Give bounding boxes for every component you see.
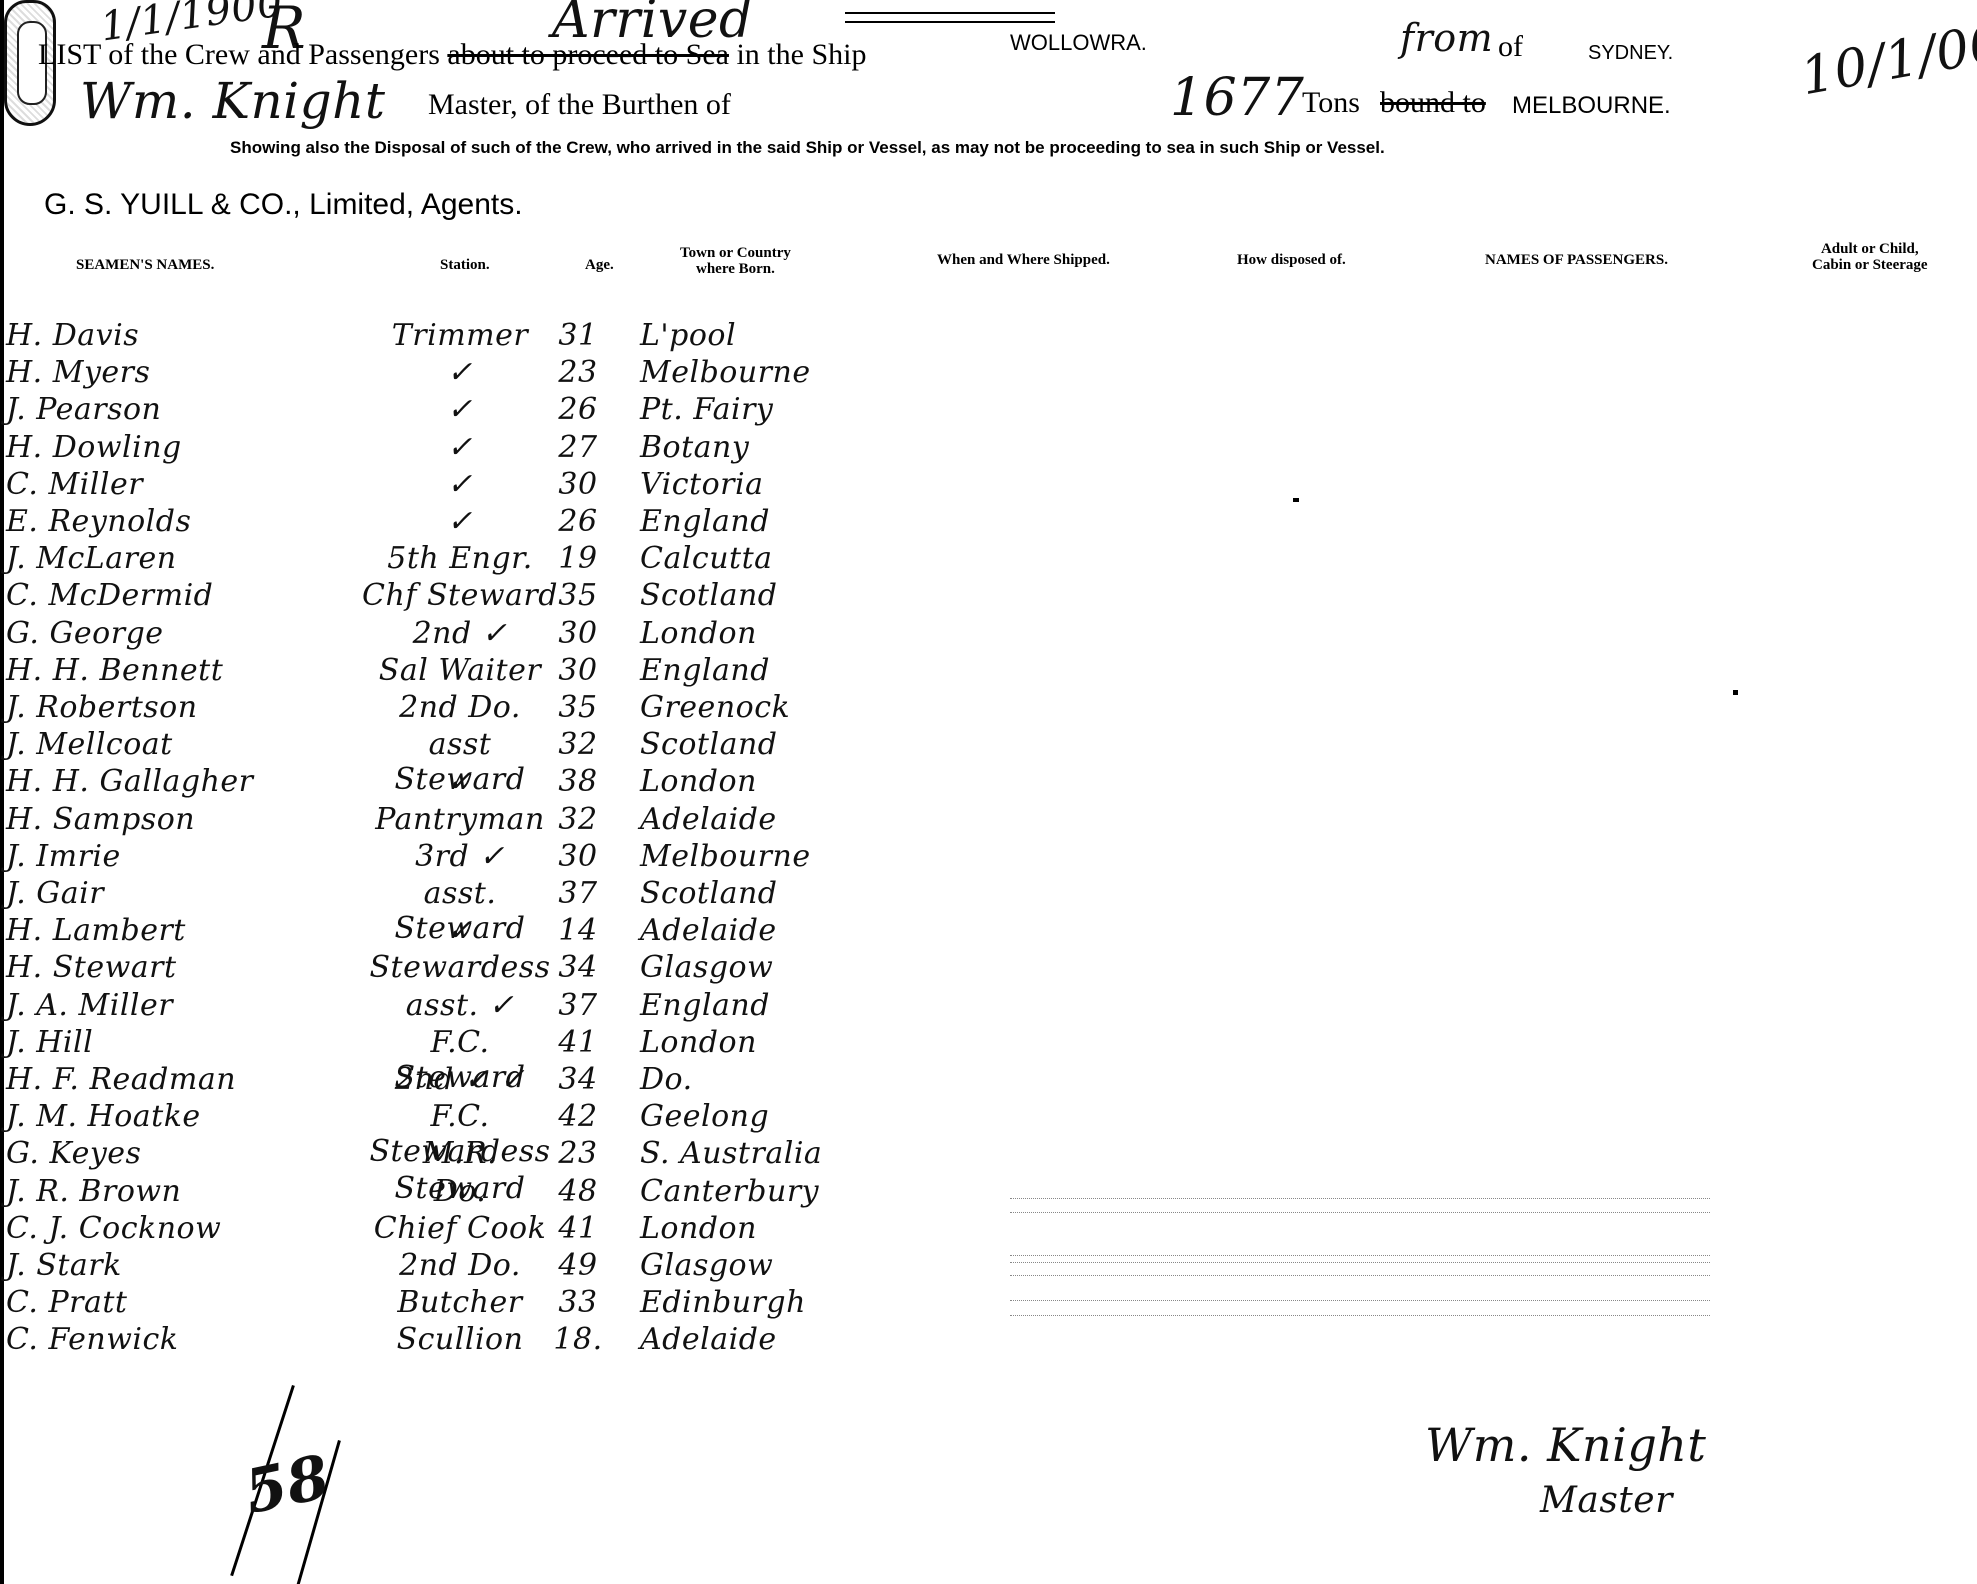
master-signature-title: Master — [1540, 1480, 1673, 1521]
column-age: Age. — [585, 257, 614, 273]
crew-station: Butcher — [360, 1285, 560, 1320]
crew-age: 30 — [548, 839, 608, 874]
crew-name: H. H. Gallagher — [6, 764, 254, 799]
crew-age: 38 — [548, 764, 608, 799]
crew-age: 23 — [548, 355, 608, 390]
master-burthen-label: Master, of the Burthen of — [428, 88, 731, 122]
bleed-through-marks — [1010, 1255, 1710, 1257]
bleed-through-marks — [1010, 1198, 1710, 1200]
crew-birthplace: Glasgow — [640, 1248, 773, 1283]
crew-station: Chf Steward — [360, 578, 560, 613]
crew-age: 35 — [548, 578, 608, 613]
crew-birthplace: Calcutta — [640, 541, 773, 576]
crew-name: J. R. Brown — [6, 1174, 181, 1209]
crew-age: 26 — [548, 392, 608, 427]
crew-name: J. Pearson — [6, 392, 161, 427]
crew-age: 30 — [548, 653, 608, 688]
crew-name: H. Dowling — [6, 430, 182, 465]
crew-age: 26 — [548, 504, 608, 539]
struck-text-about-to-proceed: about to proceed to Sea — [447, 38, 729, 71]
crew-station: ✓ — [360, 913, 560, 948]
crew-age: 27 — [548, 430, 608, 465]
crew-birthplace: England — [640, 653, 770, 688]
crew-birthplace: Scotland — [640, 876, 777, 911]
crew-age: 18. — [548, 1322, 608, 1357]
master-name-handwritten: Wm. Knight — [80, 72, 385, 130]
inserted-from: from — [1400, 16, 1493, 60]
crew-station: ✓ — [360, 392, 560, 427]
header-prefix: LIST of the Crew and Passengers — [38, 38, 440, 71]
crew-birthplace: London — [640, 1025, 757, 1060]
crew-station: ✓ — [360, 467, 560, 502]
crew-birthplace: Scotland — [640, 578, 777, 613]
tally-total: 58 — [239, 1442, 336, 1528]
crew-name: H. Myers — [6, 355, 150, 390]
column-station: Station. — [440, 257, 490, 273]
crew-age: 42 — [548, 1099, 608, 1134]
crew-birthplace: London — [640, 616, 757, 651]
crew-name: J. Gair — [6, 876, 104, 911]
crew-name: H. Sampson — [6, 802, 195, 837]
crew-station: 3rd ✓ — [360, 839, 560, 874]
crew-birthplace: Geelong — [640, 1099, 769, 1134]
of-label: of — [1498, 30, 1523, 64]
tonnage: 1677 — [1170, 68, 1304, 128]
crew-age: 30 — [548, 616, 608, 651]
crew-birthplace: Edinburgh — [640, 1285, 806, 1320]
struck-text-bound-to: bound to — [1380, 86, 1486, 120]
crew-birthplace: Glasgow — [640, 950, 773, 985]
crew-station: ✓ — [360, 764, 560, 799]
crew-station: 2nd ✓ — [360, 616, 560, 651]
column-passenger-names: NAMES OF PASSENGERS. — [1485, 252, 1668, 268]
crew-station: 2nd Do. — [360, 690, 560, 725]
crew-name: H. Davis — [6, 318, 139, 353]
crew-birthplace: Do. — [640, 1062, 693, 1097]
ink-speck — [1293, 498, 1299, 502]
crew-age: 49 — [548, 1248, 608, 1283]
crew-age: 33 — [548, 1285, 608, 1320]
crew-birthplace: Pt. Fairy — [640, 392, 773, 427]
column-adult-line2: Cabin or Steerage — [1812, 257, 1928, 273]
master-signature: Wm. Knight — [1425, 1418, 1706, 1472]
crew-age: 32 — [548, 727, 608, 762]
home-port: SYDNEY. — [1588, 42, 1673, 65]
crew-station: Stewardess — [360, 950, 560, 985]
crew-name: C. Pratt — [6, 1285, 127, 1320]
crew-name: H. H. Bennett — [6, 653, 223, 688]
crew-name: H. F. Readman — [6, 1062, 236, 1097]
bleed-through-marks — [1010, 1300, 1710, 1302]
crew-station: ✓ — [360, 430, 560, 465]
crew-birthplace: England — [640, 504, 770, 539]
crew-name: J. Stark — [6, 1248, 122, 1283]
crew-name: C. Miller — [6, 467, 143, 502]
agents-line: G. S. YUILL & CO., Limited, Agents. — [44, 188, 523, 222]
ink-speck — [1733, 690, 1738, 695]
crew-station: Chief Cook — [360, 1211, 560, 1246]
crew-age: 41 — [548, 1025, 608, 1060]
crew-station: 2nd ✓ ✓ — [360, 1062, 560, 1097]
crew-name: C. Fenwick — [6, 1322, 178, 1357]
crew-station: Pantryman — [360, 802, 560, 837]
crew-age: 32 — [548, 802, 608, 837]
column-when-where-shipped: When and Where Shipped. — [937, 252, 1110, 268]
crew-station: ✓ — [360, 504, 560, 539]
crew-name: G. George — [6, 616, 164, 651]
crew-age: 37 — [548, 988, 608, 1023]
crew-age: 34 — [548, 1062, 608, 1097]
bleed-through-marks — [1010, 1212, 1710, 1214]
crew-name: E. Reynolds — [6, 504, 191, 539]
column-town-line1: Town or Country — [680, 245, 791, 261]
crew-birthplace: Scotland — [640, 727, 777, 762]
crew-station: Trimmer — [360, 318, 560, 353]
crew-birthplace: Canterbury — [640, 1174, 819, 1209]
ship-name: WOLLOWRA. — [1010, 30, 1147, 56]
crew-birthplace: Victoria — [640, 467, 763, 502]
crew-name: J. McLaren — [6, 541, 177, 576]
crew-name: J. Mellcoat — [6, 727, 173, 762]
tons-label: Tons — [1302, 86, 1360, 120]
crew-age: 34 — [548, 950, 608, 985]
header-suffix: in the Ship — [736, 38, 866, 71]
column-seamens-names: SEAMEN'S NAMES. — [76, 257, 214, 273]
header-double-rule — [845, 12, 1055, 23]
crew-station: ✓ — [360, 355, 560, 390]
crew-birthplace: Melbourne — [640, 839, 811, 874]
crew-name: C. J. Cocknow — [6, 1211, 221, 1246]
crew-station: asst. ✓ — [360, 988, 560, 1023]
crew-birthplace: Adelaide — [640, 802, 777, 837]
origin-port: MELBOURNE. — [1512, 92, 1671, 120]
crew-name: J. A. Miller — [6, 988, 173, 1023]
crew-name: J. Imrie — [6, 839, 121, 874]
crew-row: C. FenwickScullion18.Adelaide — [0, 1322, 900, 1366]
bleed-through-marks — [1010, 1315, 1710, 1317]
crew-birthplace: Adelaide — [640, 1322, 777, 1357]
crew-name: G. Keyes — [6, 1136, 141, 1171]
right-margin-date: 10/1/00 — [1796, 13, 1977, 108]
crew-birthplace: Botany — [640, 430, 749, 465]
crew-birthplace: Adelaide — [640, 913, 777, 948]
crew-age: 48 — [548, 1174, 608, 1209]
crew-age: 37 — [548, 876, 608, 911]
crew-birthplace: England — [640, 988, 770, 1023]
crew-age: 14 — [548, 913, 608, 948]
crew-name: J. Hill — [6, 1025, 93, 1060]
crew-age: 23 — [548, 1136, 608, 1171]
bleed-through-marks — [1010, 1262, 1710, 1264]
column-adult-line1: Adult or Child, — [1812, 241, 1928, 257]
crew-age: 31 — [548, 318, 608, 353]
crew-station: Do. — [360, 1174, 560, 1209]
crew-station: 2nd Do. — [360, 1248, 560, 1283]
crew-birthplace: London — [640, 764, 757, 799]
column-town-born: Town or Country where Born. — [680, 245, 791, 277]
crew-birthplace: Greenock — [640, 690, 790, 725]
crew-birthplace: L'pool — [640, 318, 736, 353]
column-how-disposed: How disposed of. — [1237, 252, 1346, 268]
crew-name: H. Stewart — [6, 950, 177, 985]
crew-station: Scullion — [360, 1322, 560, 1357]
crew-age: 41 — [548, 1211, 608, 1246]
bleed-through-marks — [1010, 1275, 1710, 1277]
crew-station: Sal Waiter — [360, 653, 560, 688]
header-line-1: LIST of the Crew and Passengers about to… — [38, 38, 866, 72]
crew-name: H. Lambert — [6, 913, 186, 948]
crew-age: 35 — [548, 690, 608, 725]
crew-name: J. Robertson — [6, 690, 198, 725]
column-adult-child: Adult or Child, Cabin or Steerage — [1812, 241, 1928, 273]
crew-age: 19 — [548, 541, 608, 576]
crew-name: C. McDermid — [6, 578, 213, 613]
crew-age: 30 — [548, 467, 608, 502]
column-town-line2: where Born. — [680, 261, 791, 277]
crew-station: 5th Engr. — [360, 541, 560, 576]
crew-name: J. M. Hoatke — [6, 1099, 201, 1134]
crew-birthplace: S. Australia — [640, 1136, 822, 1171]
crew-birthplace: Melbourne — [640, 355, 811, 390]
subtitle: Showing also the Disposal of such of the… — [230, 138, 1385, 158]
crew-birthplace: London — [640, 1211, 757, 1246]
